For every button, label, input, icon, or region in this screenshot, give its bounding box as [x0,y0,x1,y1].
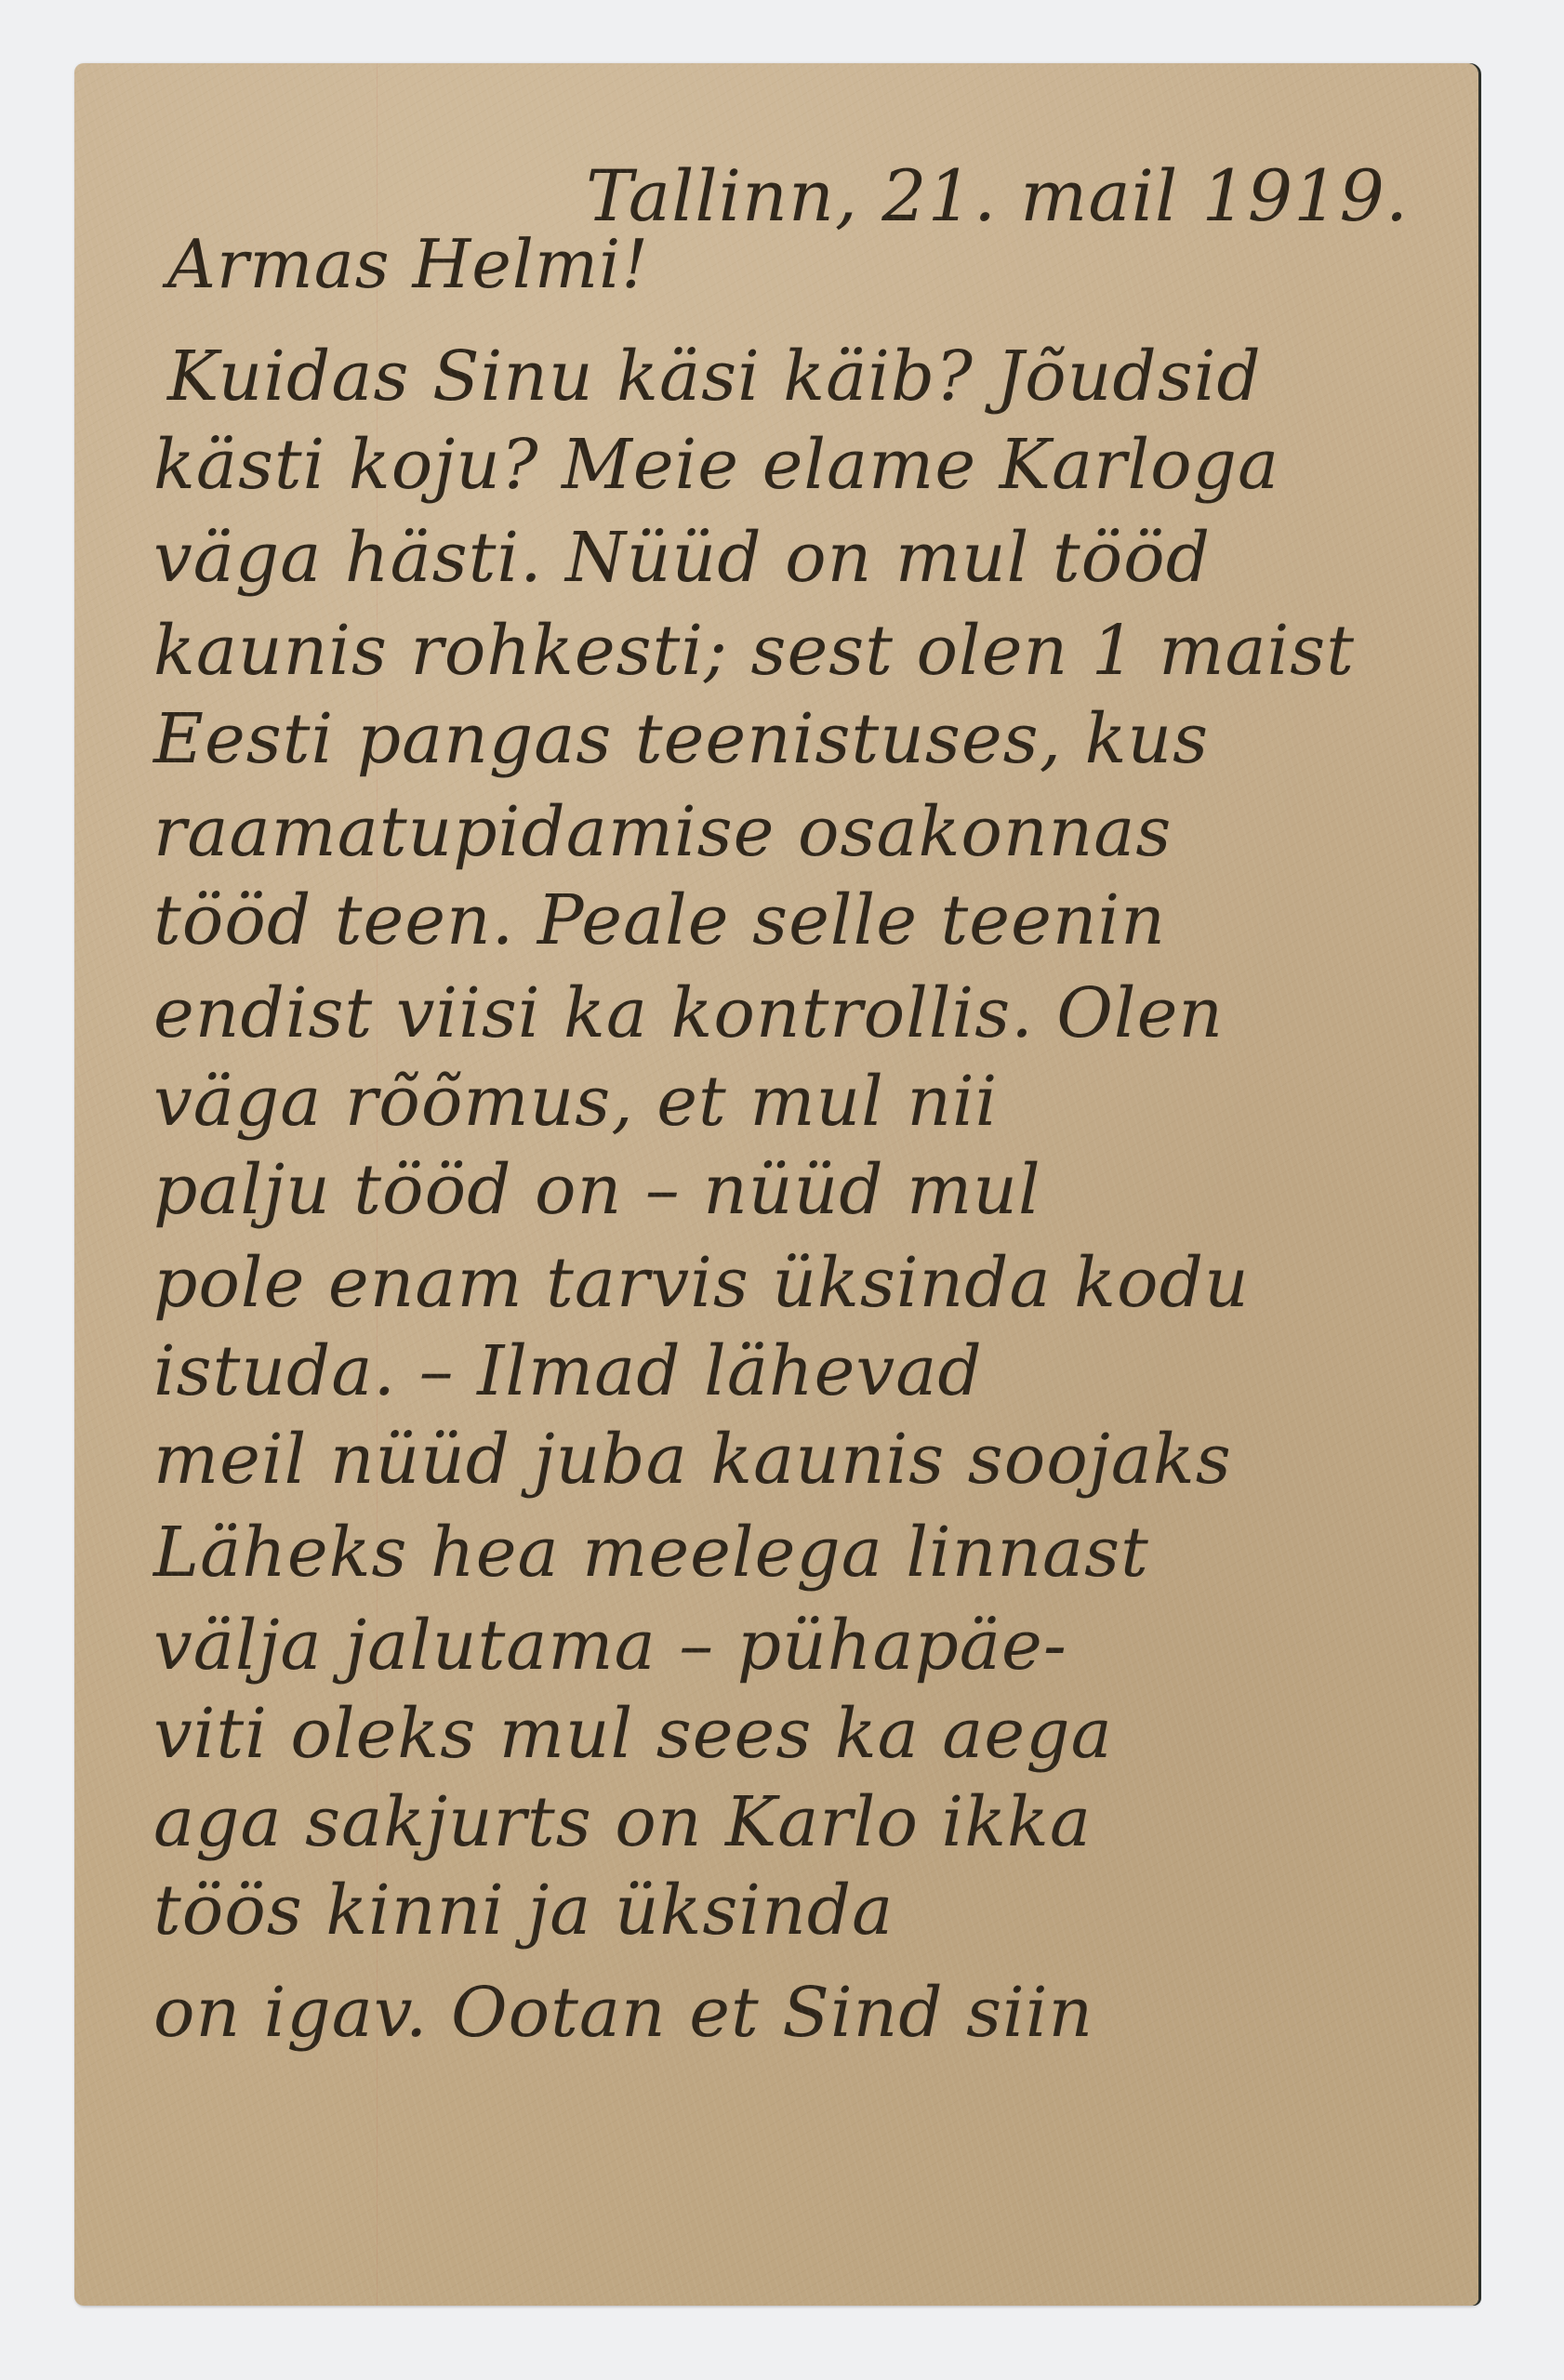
body-line-14: Läheks hea meelega linnast [153,1518,1149,1587]
body-line-13: meil nüüd juba kaunis soojaks [153,1425,1232,1494]
body-line-9: väga rõõmus, et mul nii [153,1067,998,1136]
body-line-2: kästi koju? Meie elame Karloga [153,430,1279,499]
body-line-3: väga hästi. Nüüd on mul tööd [153,523,1211,592]
body-line-5: Eesti pangas teenistuses, kus [153,705,1209,773]
body-line-19: on igav. Ootan et Sind siin [153,1978,1093,2047]
body-line-6: raamatupidamise osakonnas [153,798,1172,866]
body-line-11: pole enam tarvis üksinda kodu [153,1249,1250,1317]
body-line-17: aga sakjurts on Karlo ikka [153,1788,1092,1857]
body-line-16: viti oleks mul sees ka aega [153,1699,1113,1768]
body-line-18: töös kinni ja üksinda [153,1876,894,1945]
body-line-8: endist viisi ka kontrollis. Olen [153,979,1224,1048]
body-line-12: istuda. – Ilmad lähevad [153,1337,983,1406]
body-line-4: kaunis rohkesti; sest olen 1 maist [153,616,1355,685]
body-line-7: tööd teen. Peale selle teenin [153,886,1166,955]
body-line-10: palju tööd on – nüüd mul [153,1156,1041,1224]
body-line-1: Kuidas Sinu käsi käib? Jõudsid [167,342,1262,411]
body-line-15: välja jalutama – pühapäe- [153,1611,1067,1680]
postcard: Tallinn, 21. mail 1919. Armas Helmi! Kui… [74,63,1478,2306]
salutation: Armas Helmi! [167,231,649,297]
dateline: Tallinn, 21. mail 1919. [586,161,1409,231]
